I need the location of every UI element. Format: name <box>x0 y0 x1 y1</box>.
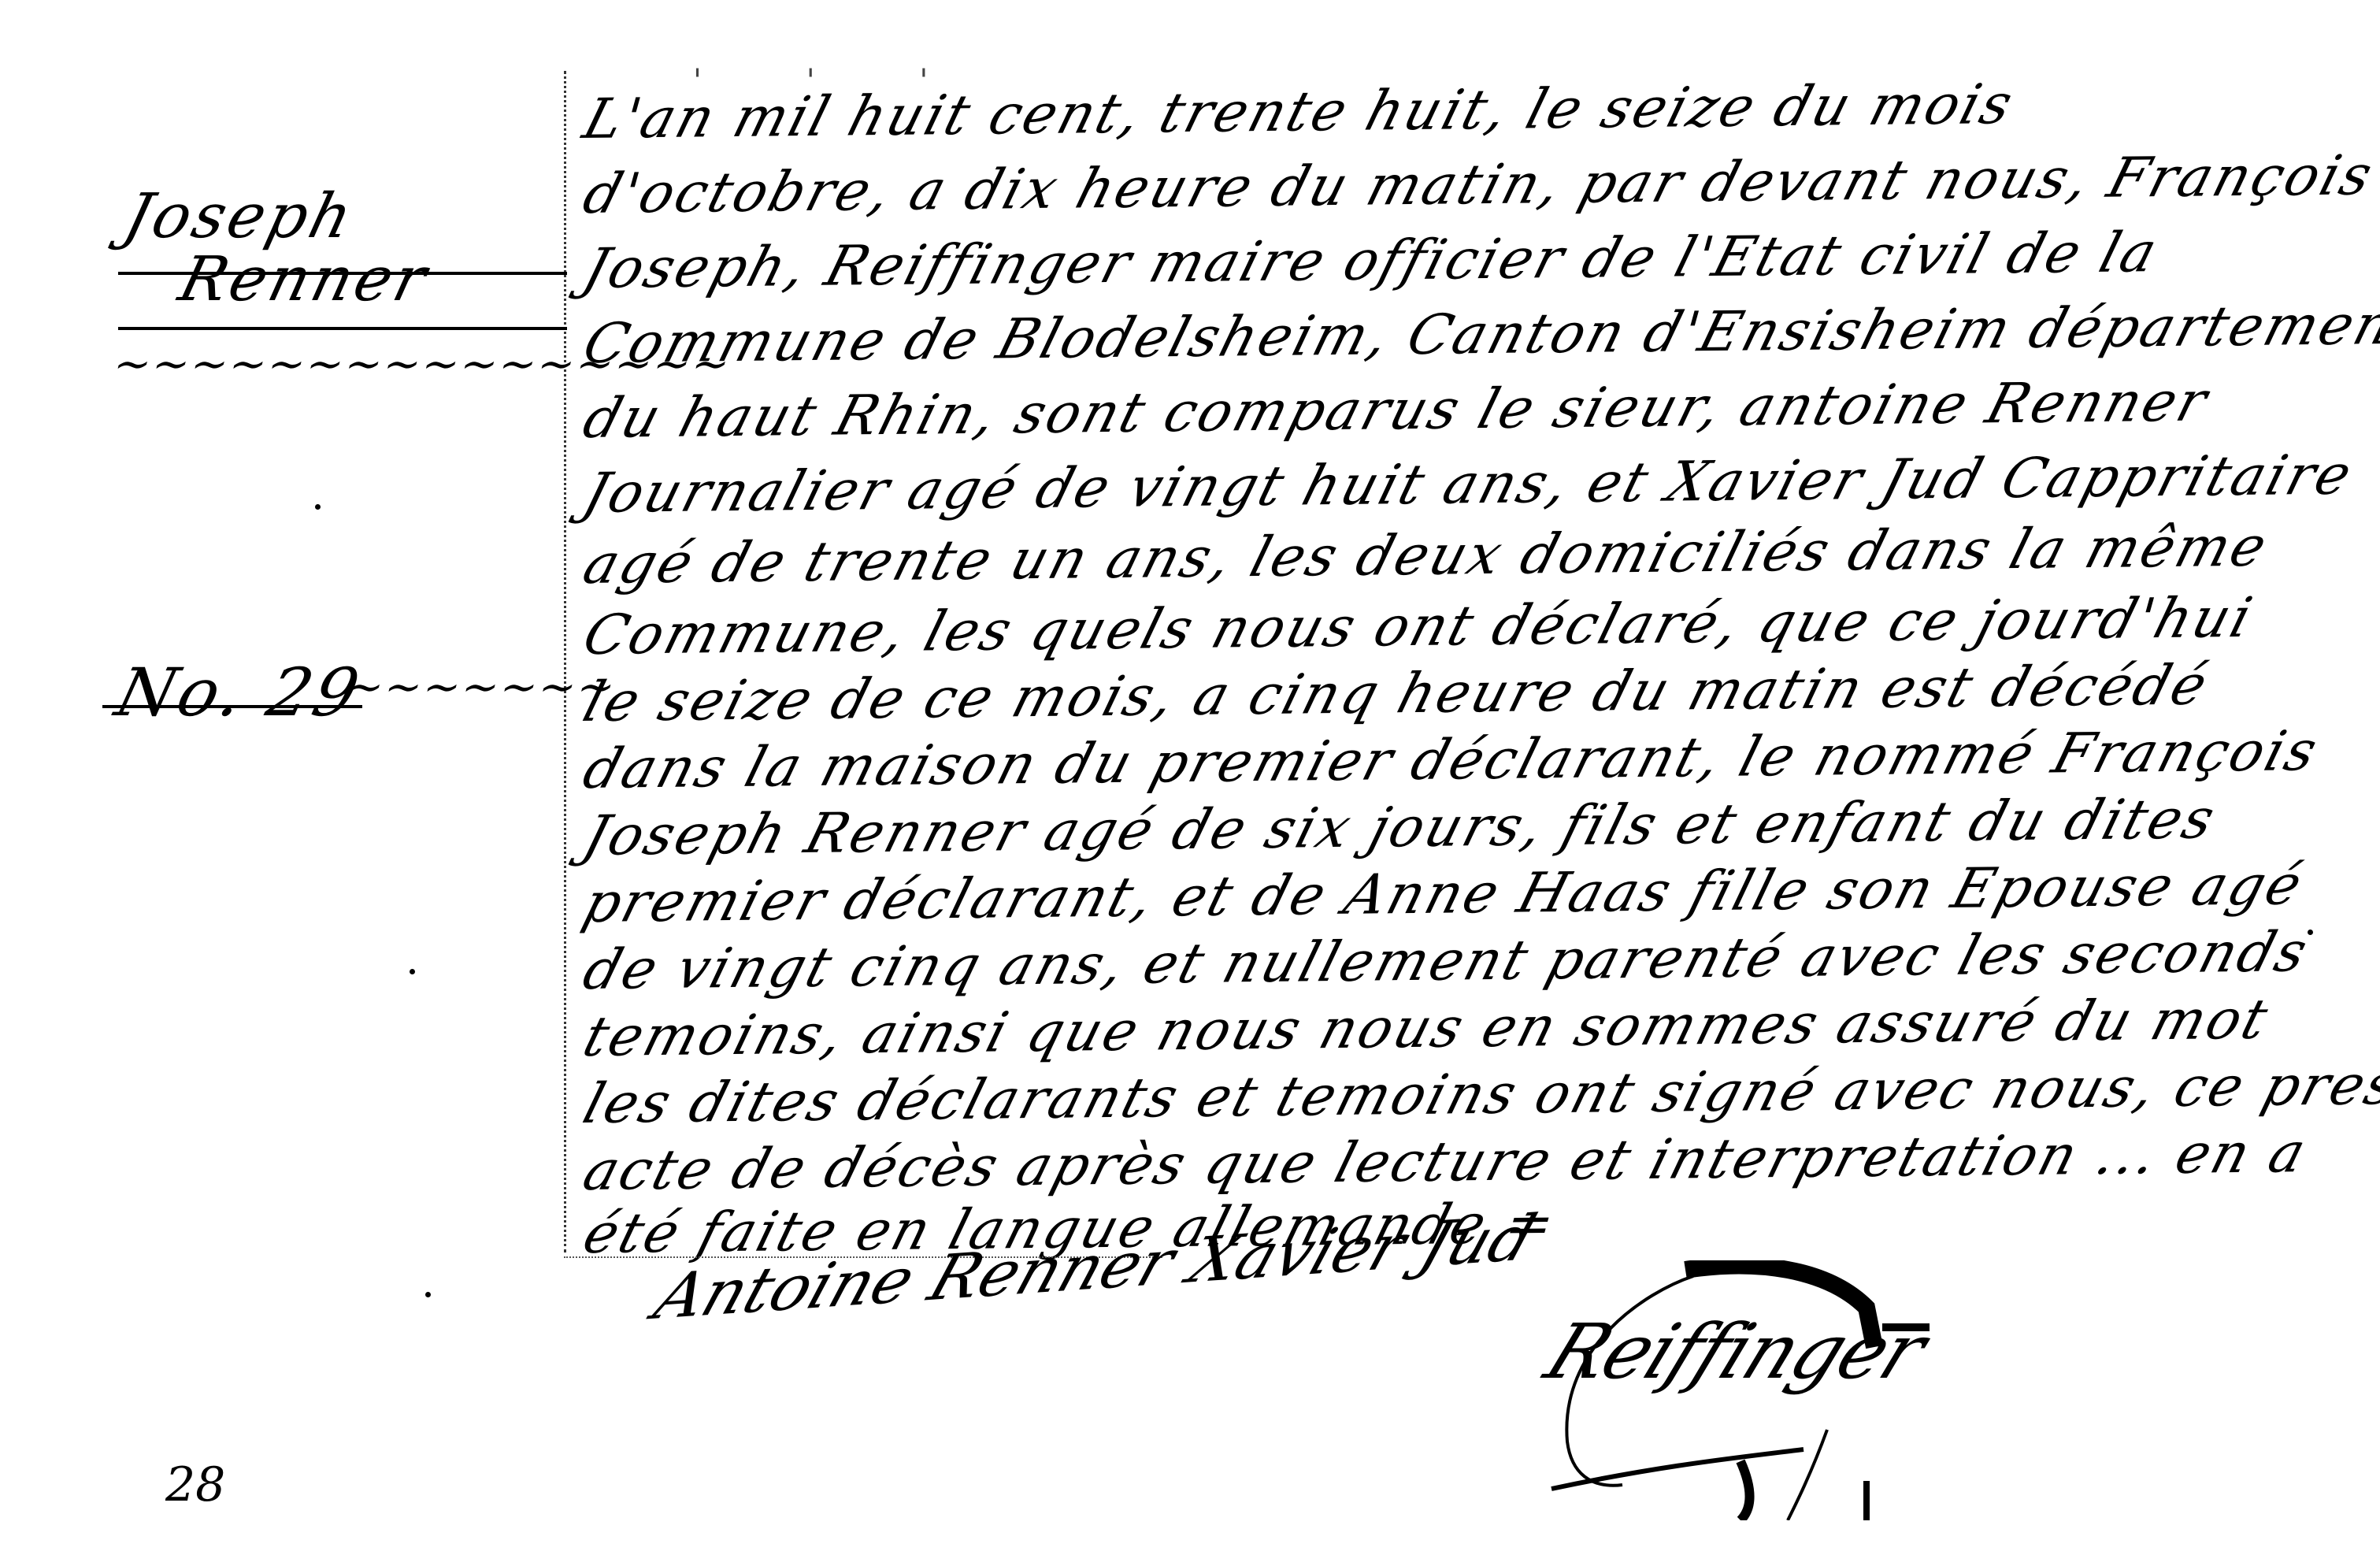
margin-underline <box>102 705 362 708</box>
margin-underline <box>118 327 567 330</box>
scan-speck <box>2308 930 2313 935</box>
mayor-signature: Reiffinger <box>1533 1308 1937 1396</box>
entry-filler-squiggle: ~~~~~~~ <box>340 662 623 713</box>
record-line-3: Joseph, Reiffinger maire officier de l'E… <box>576 220 2166 301</box>
page-number: 28 <box>165 1457 225 1512</box>
register-page: ' ' ' Joseph Renner ~~~~~~~~~~~~~~~~ No.… <box>0 0 2380 1566</box>
record-line-2: d'octobre, a dix heure du matin, par dev… <box>576 143 2380 226</box>
scan-speck <box>425 1292 431 1297</box>
record-line-5: du haut Rhin, sont comparus le sieur, an… <box>576 369 2216 451</box>
scan-speck <box>410 969 415 974</box>
record-line-6: Journalier agé de vingt huit ans, et Xav… <box>576 443 2360 525</box>
record-line-4: Commune de Blodelsheim, Canton d'Ensishe… <box>576 292 2380 376</box>
margin-name-first: Joseph <box>117 181 362 252</box>
entry-number: No. 29 <box>109 654 369 731</box>
scan-speck <box>315 504 321 510</box>
margin-name-last: Renner <box>172 244 436 315</box>
record-line-7: agé de trente un ans, les deux domicilié… <box>576 514 2276 596</box>
